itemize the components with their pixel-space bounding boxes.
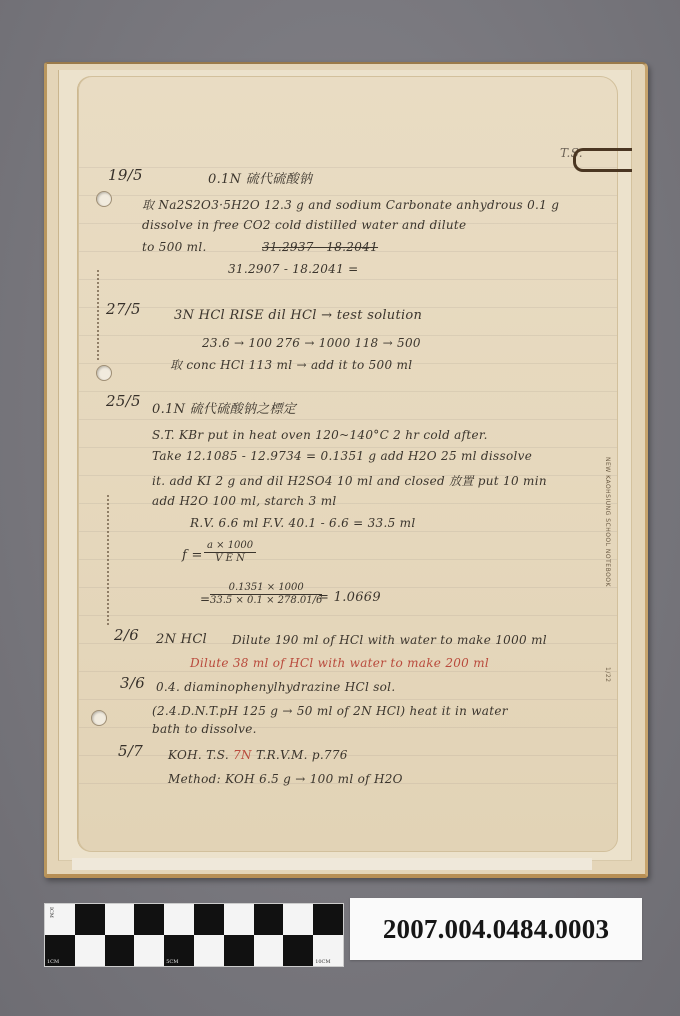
scale-cell: ICM (45, 904, 75, 935)
ruled-line (79, 419, 617, 420)
scale-cell (164, 904, 194, 935)
spine-text: NEW KAOHSIUNG SCHOOL NOTEBOOK (604, 457, 611, 587)
entry-title: 0.1N 硫代硫酸钠之標定 (152, 398, 296, 417)
entry-line: 23.6 → 100 276 → 1000 118 → 500 (202, 336, 421, 350)
scale-cell (254, 935, 284, 966)
entry-date: 5/7 (118, 742, 143, 760)
punch-hole (91, 710, 107, 726)
entry-date: 3/6 (120, 674, 145, 692)
ruled-line (79, 755, 617, 756)
result-denominator: 33.5 × 0.1 × 278.01/6 (210, 595, 322, 607)
scale-cell (283, 904, 313, 935)
scale-label: 1CM (47, 959, 59, 965)
scale-cell (224, 935, 254, 966)
ruled-line (79, 699, 617, 700)
color-scale-bar: ICM 1CM 5CM 10CM (44, 903, 344, 967)
entry-line: 取 Na2S2O3·5H2O 12.3 g and sodium Carbona… (142, 196, 559, 213)
result-value: = 1.0669 (318, 590, 381, 605)
formula-fraction: a × 1000 V E N (204, 540, 256, 565)
result-prefix: = (200, 592, 210, 606)
scale-cell (134, 904, 164, 935)
entry-title: 0.4. diaminophenylhydrazine HCl sol. (156, 680, 395, 694)
entry-line: Take 12.1085 - 12.9734 = 0.1351 g add H2… (152, 449, 532, 463)
entry-title: 2N HCl (156, 632, 207, 647)
ruled-line (79, 531, 617, 532)
ruled-line (79, 167, 617, 168)
scale-cell (134, 935, 164, 966)
entry-title-red: 7N (233, 748, 252, 762)
entry-date: 27/5 (106, 300, 141, 318)
entry-title-suffix: T.R.V.M. p.776 (256, 748, 348, 762)
entry-line: bath to dissolve. (152, 722, 257, 736)
struck-text: 31.2937 - 18.2041 (262, 240, 378, 254)
ruled-line (79, 447, 617, 448)
scale-label: ICM (48, 907, 54, 918)
formula-denominator: V E N (204, 553, 256, 565)
entry-title: KOH. T.S. 7N T.R.V.M. p.776 (168, 748, 348, 762)
scale-cell (194, 935, 224, 966)
scale-cell (75, 935, 105, 966)
entry-line: add H2O 100 ml, starch 3 ml (152, 494, 337, 508)
entry-red-line: Dilute 38 ml of HCl with water to make 2… (190, 656, 489, 670)
margin-dots (107, 495, 112, 625)
paper-edge-strip (72, 858, 592, 870)
scale-cell (224, 904, 254, 935)
entry-title: 0.1N 硫代硫酸钠 (208, 168, 312, 187)
scale-cell (75, 904, 105, 935)
entry-date: 2/6 (114, 626, 139, 644)
ruled-line (79, 587, 617, 588)
formula-numerator: a × 1000 (204, 540, 256, 553)
scale-cell (254, 904, 284, 935)
entry-line: it. add KI 2 g and dil H2SO4 10 ml and c… (152, 472, 547, 489)
entry-date: 19/5 (108, 166, 143, 184)
entry-title-prefix: KOH. T.S. (168, 748, 229, 762)
scale-cell (283, 935, 313, 966)
ruled-line (79, 615, 617, 616)
entry-line: to 500 ml. (142, 240, 207, 254)
accession-number-label: 2007.004.0484.0003 (350, 898, 642, 960)
scale-cell: 1CM (45, 935, 75, 966)
punch-hole (96, 191, 112, 207)
entry-line: Method: KOH 6.5 g → 100 ml of H2O (168, 772, 403, 786)
entry-title: 3N HCl RISE dil HCl → test solution (174, 308, 422, 323)
margin-dots (97, 270, 102, 360)
scale-cell (313, 904, 343, 935)
formula-lhs: f = (182, 548, 203, 563)
entry-line: (2.4.D.N.T.pH 125 g → 50 ml of 2N HCl) h… (152, 704, 508, 718)
entry-line: Dilute 190 ml of HCl with water to make … (232, 633, 547, 647)
spine-number: 1/22 (604, 667, 611, 682)
entry-line: S.T. KBr put in heat oven 120~140°C 2 hr… (152, 428, 488, 442)
scale-label: 10CM (315, 959, 330, 965)
scale-label: 5CM (166, 959, 178, 965)
entry-date: 25/5 (106, 392, 141, 410)
scale-cell (194, 904, 224, 935)
scale-cell (105, 904, 135, 935)
paper-clip-icon (573, 148, 632, 172)
calc-line: 31.2907 - 18.2041 = (228, 262, 359, 276)
scale-cell (105, 935, 135, 966)
scale-cell: 5CM (164, 935, 194, 966)
calc-line: R.V. 6.6 ml F.V. 40.1 - 6.6 = 33.5 ml (190, 516, 415, 530)
entry-line: 取 conc HCl 113 ml → add it to 500 ml (170, 356, 412, 373)
ruled-line (79, 391, 617, 392)
result-numerator: 0.1351 × 1000 (210, 582, 322, 595)
ruled-line (79, 671, 617, 672)
scale-cell: 10CM (313, 935, 343, 966)
punch-hole (96, 365, 112, 381)
ruled-line (79, 559, 617, 560)
ruled-line (79, 279, 617, 280)
entry-line: dissolve in free CO2 cold distilled wate… (142, 218, 466, 232)
result-fraction: 0.1351 × 1000 33.5 × 0.1 × 278.01/6 (210, 582, 322, 607)
